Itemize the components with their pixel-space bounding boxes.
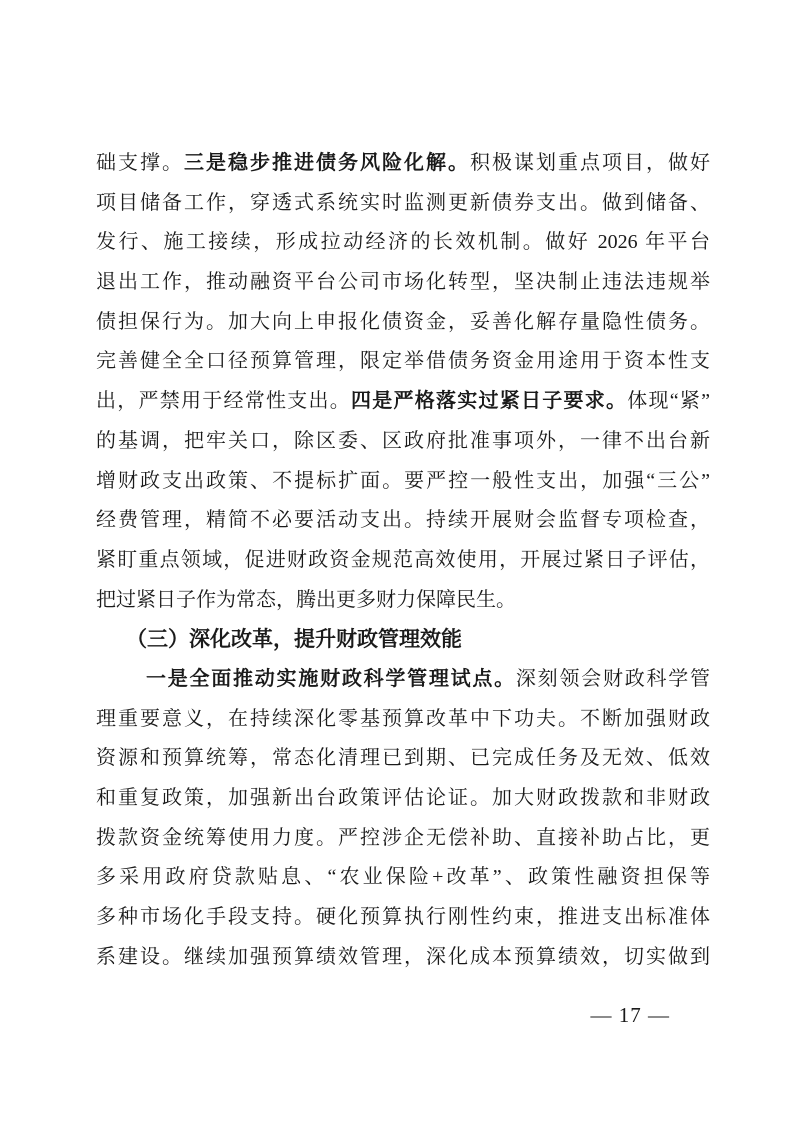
- text-line: 把过紧日子作为常态，腾出更多财力保障民生。: [96, 581, 710, 621]
- text-run: 债担保行为。加大向上申报化债资金，妥善化解存量隐性债务。: [96, 311, 710, 333]
- text-run: 拨款资金统筹使用力度。严控涉企无偿补助、直接补助占比，更: [96, 827, 710, 849]
- text-line: 的基调，把牢关口，除区委、区政府批准事项外，一律不出台新: [96, 422, 710, 462]
- text-run: 出，严禁用于经常性支出。: [96, 390, 351, 412]
- text-line: 和重复政策，加强新出台政策评估论证。加大财政拨款和非财政: [96, 779, 710, 819]
- emphasis-run: 三是稳步推进债务风险化解。: [184, 152, 470, 174]
- text-run: 退出工作，推动融资平台公司市场化转型，坚决制止违法违规举: [96, 271, 710, 293]
- document-page: 础支撑。三是稳步推进债务风险化解。积极谋划重点项目，做好项目储备工作，穿透式系统…: [0, 0, 793, 1122]
- text-run: 把过紧日子作为常态，腾出更多财力保障民生。: [96, 589, 516, 611]
- text-run: 紧盯重点领域，促进财政资金规范高效使用，开展过紧日子评估，: [96, 549, 710, 571]
- text-run: 础支撑。: [96, 152, 184, 174]
- text-run: 和重复政策，加强新出台政策评估论证。加大财政拨款和非财政: [96, 787, 710, 809]
- text-run: 完善健全全口径预算管理，限定举借债务资金用途用于资本性支: [96, 350, 710, 372]
- text-line: 理重要意义，在持续深化零基预算改革中下功夫。不断加强财政: [96, 700, 710, 740]
- text-block: 础支撑。三是稳步推进债务风险化解。积极谋划重点项目，做好项目储备工作，穿透式系统…: [96, 144, 710, 977]
- text-run: 理重要意义，在持续深化零基预算改革中下功夫。不断加强财政: [96, 708, 710, 730]
- page-number: — 17 —: [591, 998, 671, 1032]
- text-run: 增财政支出政策、不提标扩面。要严控一般性支出，加强“三公”: [96, 470, 710, 492]
- section-heading: （三）深化改革，提升财政管理效能: [96, 620, 710, 660]
- text-run: 多种市场化手段支持。硬化预算执行刚性约束，推进支出标准体: [96, 906, 710, 928]
- text-line: 项目储备工作，穿透式系统实时监测更新债券支出。做到储备、: [96, 184, 710, 224]
- text-line: 发行、施工接续，形成拉动经济的长效机制。做好 2026 年平台: [96, 223, 710, 263]
- text-line: 多种市场化手段支持。硬化预算执行刚性约束，推进支出标准体: [96, 898, 710, 938]
- text-line: 经费管理，精简不必要活动支出。持续开展财会监督专项检查，: [96, 501, 710, 541]
- text-run: 的基调，把牢关口，除区委、区政府批准事项外，一律不出台新: [96, 430, 710, 452]
- emphasis-run: （三）深化改革，提升财政管理效能: [126, 628, 462, 651]
- text-run: 资源和预算统筹，常态化清理已到期、已完成任务及无效、低效: [96, 747, 710, 769]
- text-line: 拨款资金统筹使用力度。严控涉企无偿补助、直接补助占比，更: [96, 819, 710, 859]
- text-run: 发行、施工接续，形成拉动经济的长效机制。做好 2026 年平台: [96, 231, 710, 253]
- text-run: 多采用政府贷款贴息、“农业保险+改革”、政策性融资担保等: [96, 866, 710, 888]
- text-run: 积极谋划重点项目，做好: [470, 152, 710, 174]
- text-run: 系建设。继续加强预算绩效管理，深化成本预算绩效，切实做到: [96, 946, 710, 968]
- emphasis-run: 四是严格落实过紧日子要求。: [351, 390, 627, 412]
- text-line: 系建设。继续加强预算绩效管理，深化成本预算绩效，切实做到: [96, 938, 710, 978]
- text-line: 础支撑。三是稳步推进债务风险化解。积极谋划重点项目，做好: [96, 144, 710, 184]
- text-line: 多采用政府贷款贴息、“农业保险+改革”、政策性融资担保等: [96, 858, 710, 898]
- text-line: 债担保行为。加大向上申报化债资金，妥善化解存量隐性债务。: [96, 303, 710, 343]
- text-run: 项目储备工作，穿透式系统实时监测更新债券支出。做到储备、: [96, 192, 710, 214]
- text-line: 完善健全全口径预算管理，限定举借债务资金用途用于资本性支: [96, 342, 710, 382]
- text-run: 体现“紧”: [627, 390, 710, 412]
- emphasis-run: 一是全面推动实施财政科学管理试点。: [146, 668, 516, 690]
- text-line: 一是全面推动实施财政科学管理试点。深刻领会财政科学管: [96, 660, 710, 700]
- text-line: 出，严禁用于经常性支出。四是严格落实过紧日子要求。体现“紧”: [96, 382, 710, 422]
- text-line: 紧盯重点领域，促进财政资金规范高效使用，开展过紧日子评估，: [96, 541, 710, 581]
- text-line: 退出工作，推动融资平台公司市场化转型，坚决制止违法违规举: [96, 263, 710, 303]
- text-run: 经费管理，精简不必要活动支出。持续开展财会监督专项检查，: [96, 509, 710, 531]
- text-line: 增财政支出政策、不提标扩面。要严控一般性支出，加强“三公”: [96, 462, 710, 502]
- text-line: 资源和预算统筹，常态化清理已到期、已完成任务及无效、低效: [96, 739, 710, 779]
- text-run: 深刻领会财政科学管: [516, 668, 710, 690]
